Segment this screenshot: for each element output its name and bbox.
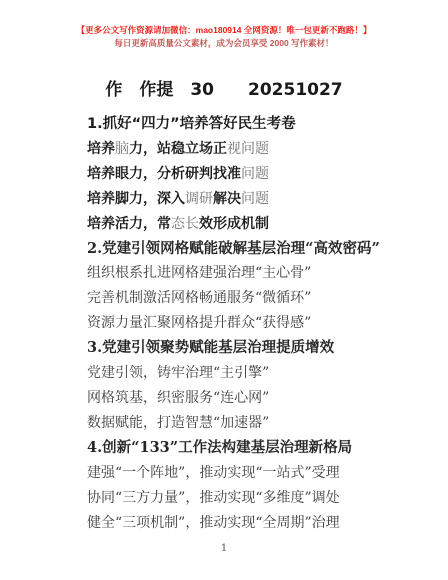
- page-number: 1: [0, 543, 448, 554]
- text-run: 问题: [241, 166, 269, 182]
- text-run: 力，站稳立场正: [129, 141, 227, 157]
- text-run: 培养: [87, 141, 115, 157]
- section-4: 4.创新“133”工作法构建基层治理新格局建强“一个阵地”，推动实现“一站式”受…: [87, 436, 408, 536]
- text-run: 态长: [171, 216, 199, 232]
- text-run: 3.党建引领聚势赋能基层治理提质增效: [87, 339, 334, 356]
- doc-line: 党建引领，铸牢治理“主引擎”: [87, 361, 408, 386]
- text-run: 1.抓好“四力”培养答好民生考卷: [87, 116, 296, 132]
- text-run: 2.党建引领网格赋能破解基层治理“高效密码”: [87, 240, 380, 257]
- doc-line: 完善机制激活网格畅通服务“微循环”: [87, 286, 408, 311]
- doc-line: 数据赋能，打造智慧“加速器”: [87, 411, 408, 436]
- document-page: 【更多公文写作资源请加微信：mao180914 全网资源！唯一包更新不跑路！】 …: [0, 0, 448, 580]
- text-run: 协同“三方力量”，推动实现“多维度”调处: [87, 490, 340, 506]
- document-body: 1.抓好“四力”培养答好民生考卷培养脑力，站稳立场正视问题培养眼力，分析研判找准…: [0, 112, 448, 535]
- text-run: 解决: [213, 191, 241, 207]
- doc-line: 培养脚力，深入调研解决问题: [87, 187, 408, 212]
- section-3: 3.党建引领聚势赋能基层治理提质增效党建引领，铸牢治理“主引擎”网格筑基，织密服…: [87, 336, 408, 436]
- text-run: 建强“一个阵地”，推动实现“一站式”受理: [87, 465, 340, 481]
- text-run: 视问题: [227, 141, 269, 157]
- text-run: 网格筑基，织密服务“连心网”: [87, 390, 269, 406]
- promo-notice-line2: 每日更新高质量公文素材，成为会员享受 2000 写作素材！: [0, 37, 448, 50]
- text-run: 健全“三项机制”，推动实现“全周期”治理: [87, 515, 340, 531]
- text-run: 组织根系扎进网格建强治理“主心骨”: [87, 265, 311, 281]
- text-run: 效形成机制: [199, 216, 269, 232]
- doc-line: 健全“三项机制”，推动实现“全周期”治理: [87, 511, 408, 536]
- text-run: 问题: [241, 191, 269, 207]
- document-title: 作 作提 30 20251027: [0, 79, 448, 101]
- text-run: 资源力量汇聚网格提升群众“获得感”: [87, 315, 311, 331]
- section-heading: 2.党建引领网格赋能破解基层治理“高效密码”: [87, 237, 408, 262]
- doc-line: 资源力量汇聚网格提升群众“获得感”: [87, 311, 408, 336]
- doc-line: 培养脑力，站稳立场正视问题: [87, 137, 408, 162]
- text-run: 培养脚力，深入: [87, 191, 185, 207]
- text-run: 培养眼力，分析研判找准: [87, 166, 241, 182]
- doc-line: 网格筑基，织密服务“连心网”: [87, 386, 408, 411]
- section-2: 2.党建引领网格赋能破解基层治理“高效密码”组织根系扎进网格建强治理“主心骨”完…: [87, 237, 408, 337]
- text-run: 党建引领，铸牢治理“主引擎”: [87, 365, 269, 381]
- text-run: 脑: [115, 141, 129, 157]
- section-1: 1.抓好“四力”培养答好民生考卷培养脑力，站稳立场正视问题培养眼力，分析研判找准…: [87, 112, 408, 237]
- doc-line: 培养眼力，分析研判找准问题: [87, 162, 408, 187]
- promo-notice-line1: 【更多公文写作资源请加微信：mao180914 全网资源！唯一包更新不跑路！】: [0, 24, 448, 37]
- text-run: 数据赋能，打造智慧“加速器”: [87, 415, 269, 431]
- promo-notice: 【更多公文写作资源请加微信：mao180914 全网资源！唯一包更新不跑路！】 …: [0, 0, 448, 50]
- doc-line: 协同“三方力量”，推动实现“多维度”调处: [87, 486, 408, 511]
- text-run: 4.创新“133”工作法构建基层治理新格局: [87, 439, 352, 456]
- doc-line: 建强“一个阵地”，推动实现“一站式”受理: [87, 461, 408, 486]
- text-run: 完善机制激活网格畅通服务“微循环”: [87, 290, 311, 306]
- text-run: 培养活力，常: [87, 216, 171, 232]
- doc-line: 组织根系扎进网格建强治理“主心骨”: [87, 261, 408, 286]
- section-heading: 4.创新“133”工作法构建基层治理新格局: [87, 436, 408, 461]
- doc-line: 培养活力，常态长效形成机制: [87, 212, 408, 237]
- text-run: 调研: [185, 191, 213, 207]
- section-heading: 1.抓好“四力”培养答好民生考卷: [87, 112, 408, 137]
- section-heading: 3.党建引领聚势赋能基层治理提质增效: [87, 336, 408, 361]
